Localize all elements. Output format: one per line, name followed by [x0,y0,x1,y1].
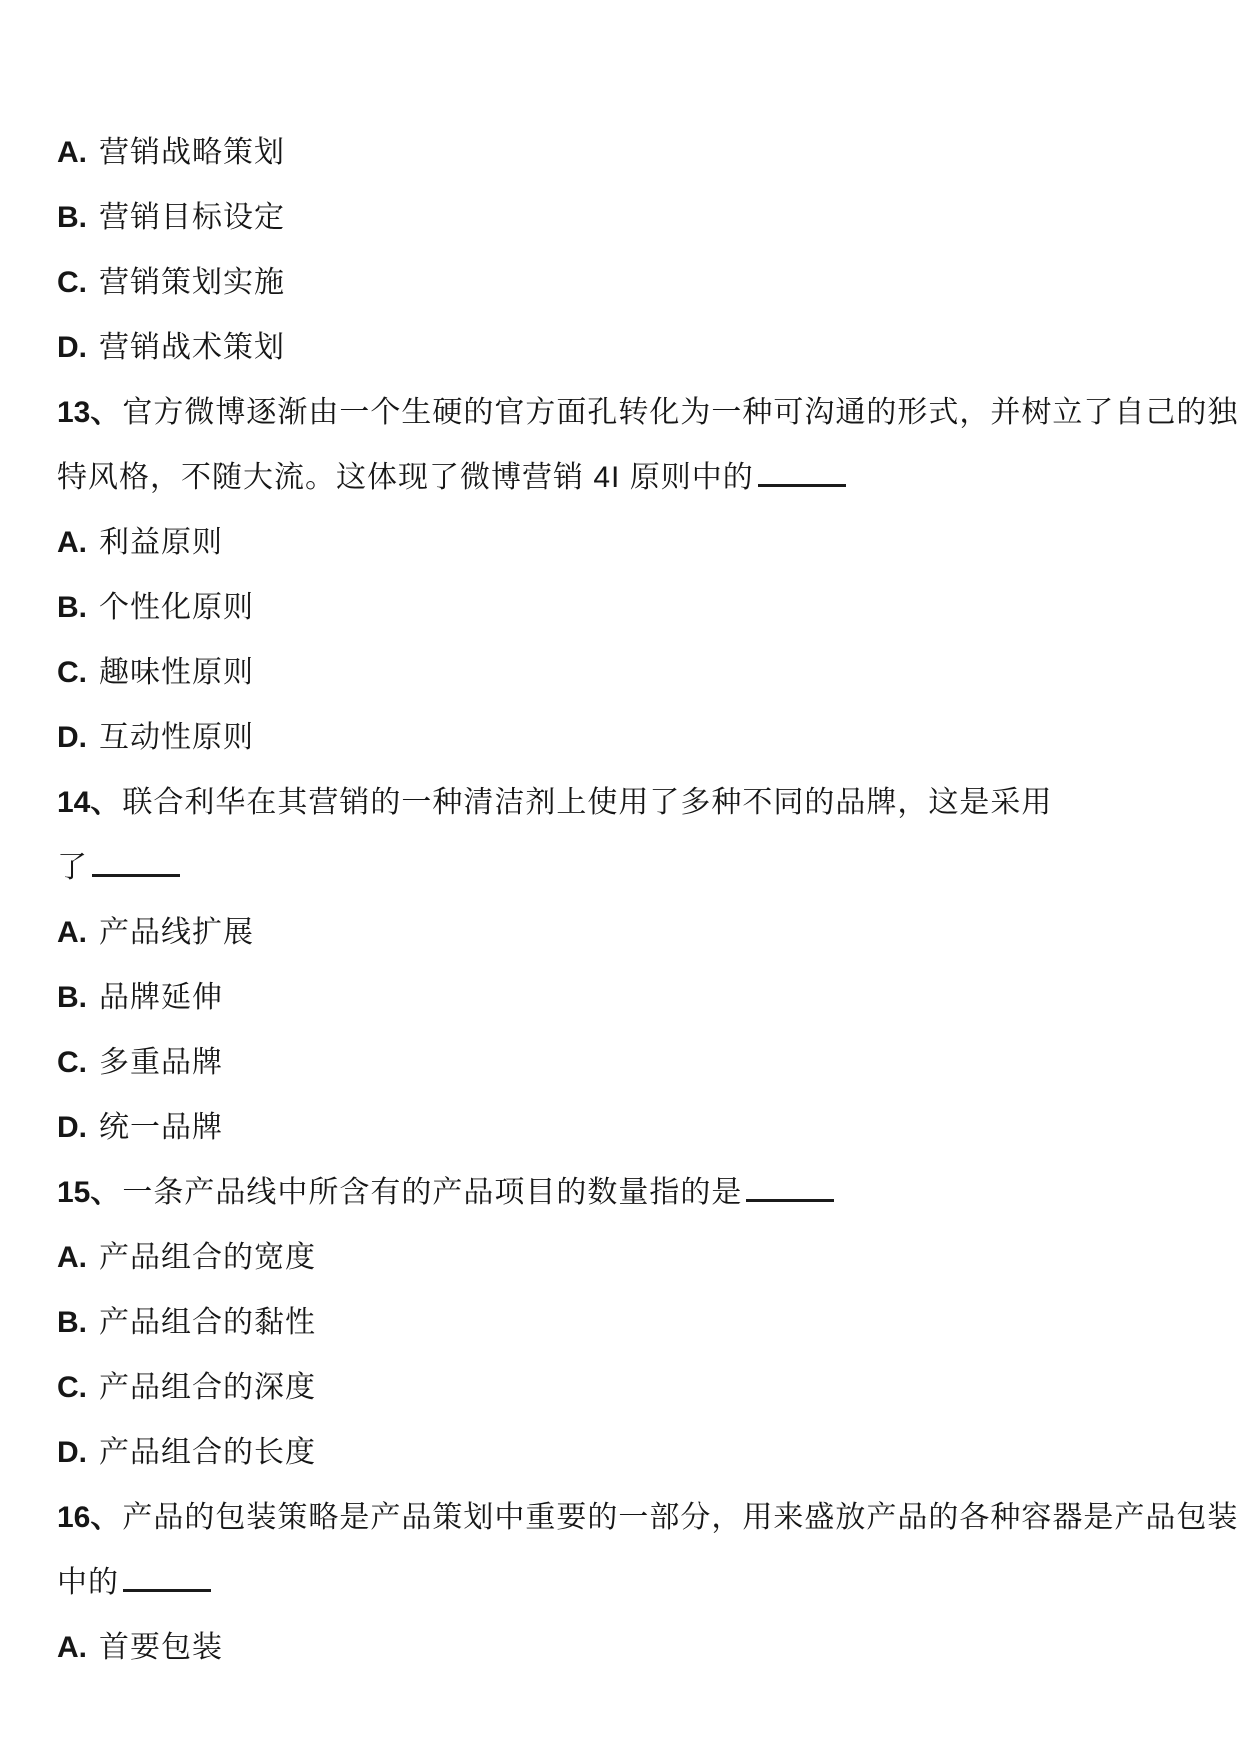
option-line: C.多重品牌 [57,1030,1068,1095]
option-label: A. [57,510,99,575]
option-text: 营销战略策划 [99,136,285,169]
question-line: 15、一条产品线中所含有的产品项目的数量指的是 [57,1160,1068,1225]
question-continuation-line: 特风格，不随大流。这体现了微博营销 4I 原则中的 [57,445,1068,510]
option-text: 产品线扩展 [99,916,254,949]
answer-blank [92,844,180,877]
question-text: 特风格，不随大流。这体现了微博营销 4I 原则中的 [57,461,754,494]
option-label: B. [57,965,99,1030]
option-line: B.产品组合的黏性 [57,1290,1068,1355]
option-text: 利益原则 [99,526,223,559]
option-line: B.品牌延伸 [57,965,1068,1030]
option-text: 趣味性原则 [99,656,254,689]
option-line: D.统一品牌 [57,1095,1068,1160]
question-number: 14、 [57,786,120,819]
option-label: D. [57,1420,99,1485]
option-line: C.趣味性原则 [57,640,1068,705]
question-text: 中的 [57,1566,119,1599]
question-number: 13、 [57,396,120,429]
question-text: 官方微博逐渐由一个生硬的官方面孔转化为一种可沟通的形式，并树立了自己的独 [122,396,1238,429]
option-line: D.产品组合的长度 [57,1420,1068,1485]
option-text: 个性化原则 [99,591,254,624]
option-label: D. [57,315,99,380]
option-line: B.个性化原则 [57,575,1068,640]
option-text: 多重品牌 [99,1046,223,1079]
question-line: 13、官方微博逐渐由一个生硬的官方面孔转化为一种可沟通的形式，并树立了自己的独 [57,380,1068,445]
question-line: 16、产品的包装策略是产品策划中重要的一部分，用来盛放产品的各种容器是产品包装 [57,1485,1068,1550]
option-text: 产品组合的深度 [99,1371,316,1404]
option-label: C. [57,1030,99,1095]
option-line: B.营销目标设定 [57,185,1068,250]
answer-blank [123,1559,211,1592]
option-label: D. [57,705,99,770]
question-continuation-line: 中的 [57,1550,1068,1615]
option-text: 品牌延伸 [99,981,223,1014]
question-text: 一条产品线中所含有的产品项目的数量指的是 [122,1176,742,1209]
answer-blank [758,454,846,487]
option-text: 营销战术策划 [99,331,285,364]
option-line: C.产品组合的深度 [57,1355,1068,1420]
option-line: A.首要包装 [57,1615,1068,1680]
option-text: 营销策划实施 [99,266,285,299]
option-label: D. [57,1095,99,1160]
option-label: B. [57,575,99,640]
option-label: A. [57,1615,99,1680]
question-line: 14、联合利华在其营销的一种清洁剂上使用了多种不同的品牌，这是采用了 [57,770,1068,900]
option-text: 互动性原则 [99,721,254,754]
option-line: D.互动性原则 [57,705,1068,770]
option-label: C. [57,1355,99,1420]
question-text: 产品的包装策略是产品策划中重要的一部分，用来盛放产品的各种容器是产品包装 [122,1501,1238,1534]
option-label: A. [57,900,99,965]
option-text: 产品组合的黏性 [99,1306,316,1339]
option-label: A. [57,120,99,185]
option-text: 统一品牌 [99,1111,223,1144]
option-line: C.营销策划实施 [57,250,1068,315]
option-label: A. [57,1225,99,1290]
option-line: A.营销战略策划 [57,120,1068,185]
question-number: 16、 [57,1501,120,1534]
option-text: 首要包装 [99,1631,223,1664]
option-text: 产品组合的长度 [99,1436,316,1469]
option-label: C. [57,250,99,315]
option-line: D.营销战术策划 [57,315,1068,380]
option-label: B. [57,1290,99,1355]
question-text: 联合利华在其营销的一种清洁剂上使用了多种不同的品牌，这是采用了 [57,786,1052,884]
option-text: 营销目标设定 [99,201,285,234]
option-line: A.产品组合的宽度 [57,1225,1068,1290]
option-text: 产品组合的宽度 [99,1241,316,1274]
answer-blank [746,1169,834,1202]
option-label: B. [57,185,99,250]
question-number: 15、 [57,1176,120,1209]
option-line: A.产品线扩展 [57,900,1068,965]
document-page: A.营销战略策划B.营销目标设定C.营销策划实施D.营销战术策划13、官方微博逐… [0,0,1240,1754]
option-label: C. [57,640,99,705]
option-line: A.利益原则 [57,510,1068,575]
